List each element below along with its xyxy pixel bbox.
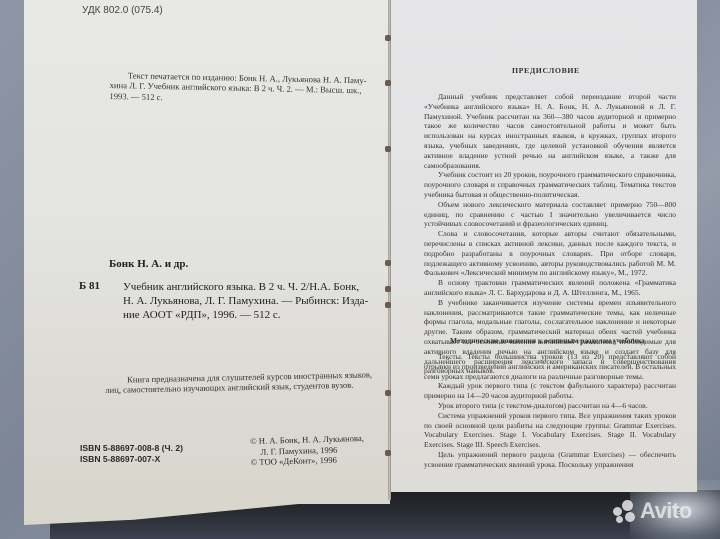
isbn-block: ISBN 5-88697-008-8 (Ч. 2) ISBN 5-88697-0… (80, 443, 183, 464)
bbk-code: Б 81 (79, 280, 100, 292)
biblio-line: ние АООТ «РДП», 1996. — 512 с. (123, 308, 368, 322)
udk-code: УДК 802.0 (075.4) (82, 5, 163, 16)
method-body: Тексты. Тексты большинства уроков (13 из… (424, 352, 676, 470)
bibliographic-entry: Учебник английского языка. В 2 ч. Ч. 2/Н… (123, 280, 368, 322)
binding-stitch (385, 35, 391, 41)
author-heading: Бонк Н. А. и др. (109, 258, 188, 270)
method-paragraph: Цель упражнений первого раздела (Grammar… (424, 450, 676, 470)
preface-paragraph: В основу трактовки грамматических явлени… (424, 278, 676, 298)
preface-paragraph: Слова и словосочетания, которые авторы с… (424, 229, 676, 278)
method-paragraph: Тексты. Тексты большинства уроков (13 из… (424, 352, 676, 381)
binding-stitch (385, 450, 391, 456)
method-paragraph: Урок второго типа (с текстом-диалогом) р… (424, 401, 676, 411)
isbn-line: ISBN 5-88697-007-X (80, 454, 183, 465)
binding-stitch (385, 146, 391, 152)
preface-title: ПРЕДИСЛОВИЕ (512, 66, 580, 75)
biblio-line: Н. А. Лукьянова, Л. Г. Памухина. — Рыбин… (123, 294, 368, 308)
preface-body: Данный учебник представляет собой переиз… (424, 92, 676, 376)
isbn-line: ISBN 5-88697-008-8 (Ч. 2) (80, 443, 183, 454)
biblio-line: Учебник английского языка. В 2 ч. Ч. 2/Н… (123, 280, 368, 294)
book-gutter (388, 0, 391, 500)
binding-stitch (385, 390, 391, 396)
binding-stitch (385, 286, 391, 292)
avito-logo-icon (613, 500, 637, 522)
preface-paragraph: Объем нового лексического материала сост… (424, 200, 676, 229)
method-paragraph: Каждый урок первого типа (с текстом фабу… (424, 381, 676, 401)
method-paragraph: Система упражнений уроков первого типа. … (424, 411, 676, 450)
avito-watermark: Avito (613, 498, 692, 524)
binding-stitch (385, 302, 391, 308)
method-section-title: Методические пояснения к основным раздел… (450, 336, 645, 345)
binding-stitch (385, 260, 391, 266)
copyright-block: © Н. А. Бонк, Н. А. Лукьянова, Л. Г. Пам… (250, 433, 365, 467)
binding-stitch (385, 80, 391, 86)
avito-text: Avito (640, 498, 692, 524)
reprint-note: Текст печатается по изданию: Бонк Н. А.,… (109, 70, 366, 107)
preface-paragraph: Учебник состоит из 20 уроков, поурочного… (424, 170, 676, 199)
preface-paragraph: Данный учебник представляет собой переиз… (424, 92, 676, 170)
